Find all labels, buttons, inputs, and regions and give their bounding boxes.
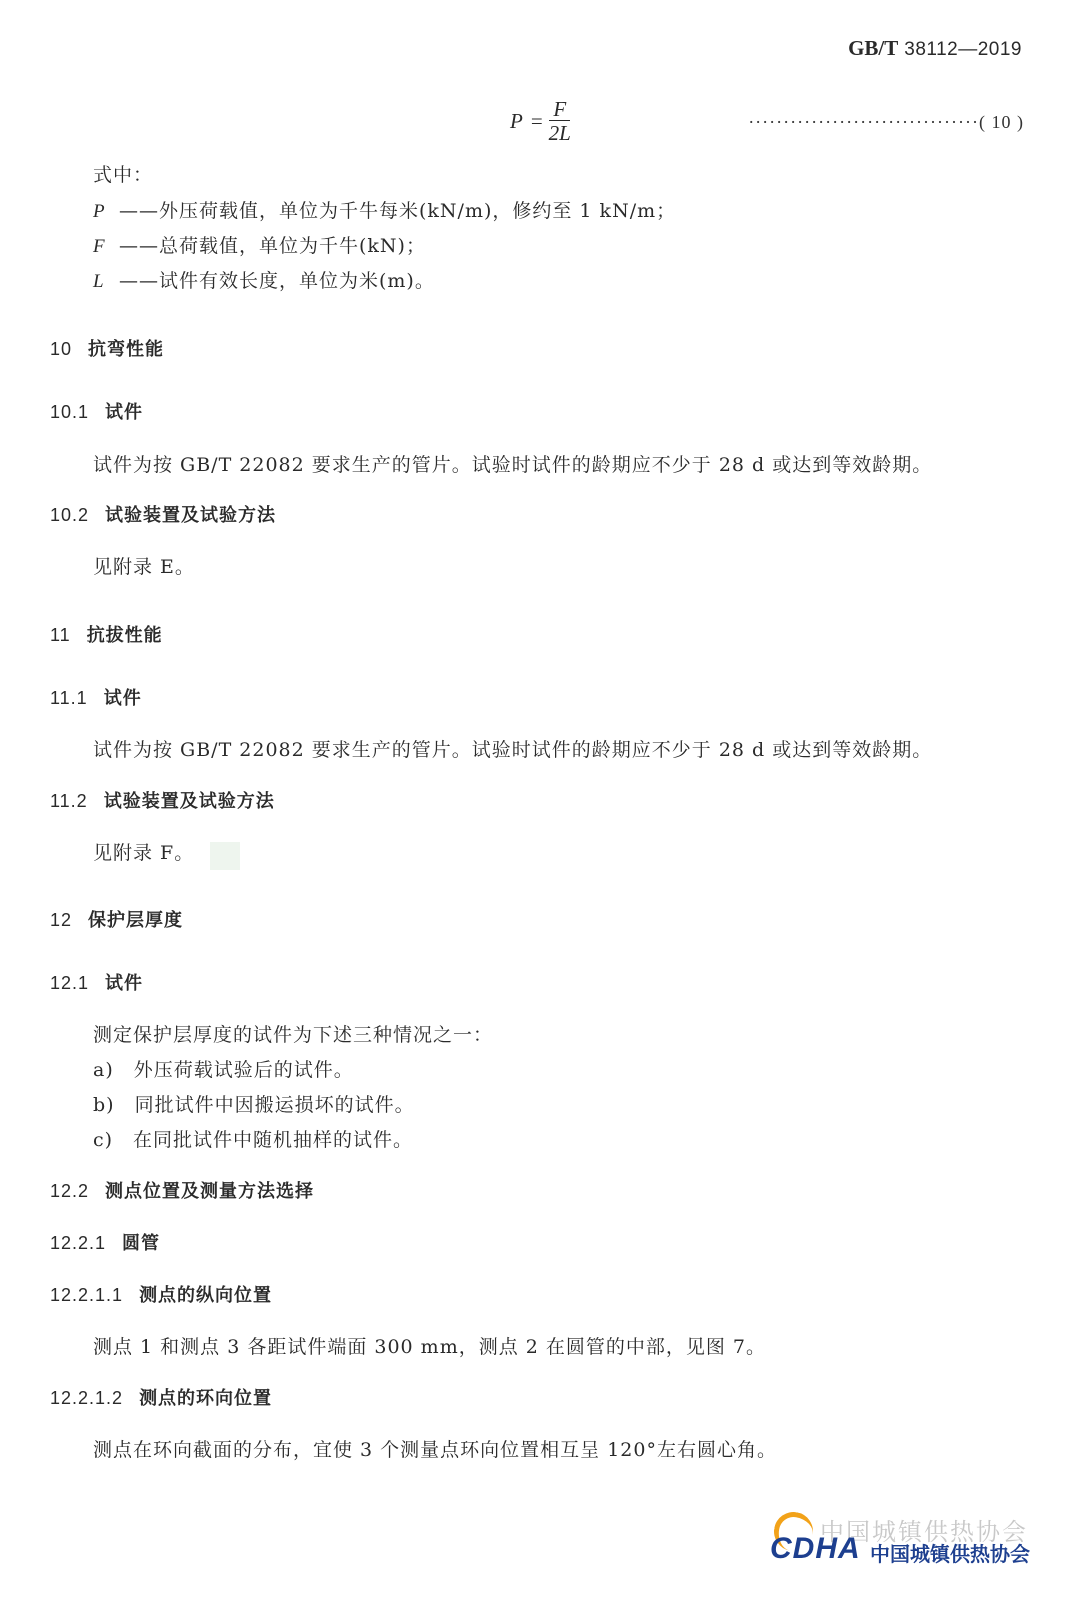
heading-number: 12 (50, 910, 72, 930)
formula-denominator: 2L (549, 121, 571, 145)
list-item-b: b) 同批试件中因搬运损坏的试件。 (93, 1090, 415, 1117)
heading-title: 试件 (105, 973, 143, 994)
heading-number: 12.2 (50, 1181, 89, 1201)
where-text-l: ——试件有效长度，单位为米(m)。 (119, 270, 435, 292)
where-text-p: ——外压荷载值，单位为千牛每米(kN/m)，修约至 1 kN/m； (119, 200, 676, 222)
org-name: 中国城镇供热协会 (870, 1538, 1030, 1567)
heading-11-2: 11.2试验装置及试验方法 (50, 787, 275, 813)
paragraph-11-2: 见附录 F。 (93, 838, 194, 865)
heading-number: 11 (50, 625, 71, 645)
symbol-f: F (93, 236, 119, 258)
where-label: 式中： (93, 160, 153, 187)
logo-text: CDHA (770, 1532, 861, 1566)
heading-12: 12保护层厚度 (50, 906, 183, 932)
heading-number: 10 (50, 339, 72, 359)
heading-10: 10抗弯性能 (50, 335, 164, 361)
heading-number: 12.2.1.1 (50, 1285, 123, 1305)
where-item-p: P——外压荷载值，单位为千牛每米(kN/m)，修约至 1 kN/m； (93, 196, 676, 223)
heading-11: 11抗拔性能 (50, 621, 163, 647)
formula-10: P = F 2L (510, 98, 571, 145)
paragraph-10-1: 试件为按 GB/T 22082 要求生产的管片。试验时试件的龄期应不少于 28 … (93, 450, 932, 477)
formula-fraction: F 2L (549, 98, 571, 145)
where-text-f: ——总荷载值，单位为千牛(kN)； (119, 235, 426, 257)
heading-title: 试件 (104, 688, 142, 709)
heading-title: 试件 (105, 402, 143, 423)
heading-10-2: 10.2试验装置及试验方法 (50, 501, 276, 527)
symbol-p: P (93, 201, 119, 223)
heading-number: 12.2.1 (50, 1233, 106, 1253)
heading-11-1: 11.1试件 (50, 684, 142, 710)
standard-prefix: GB/T (848, 36, 898, 60)
heading-number: 10.2 (50, 505, 89, 525)
heading-title: 测点位置及测量方法选择 (105, 1181, 314, 1202)
where-item-f: F——总荷载值，单位为千牛(kN)； (93, 231, 426, 258)
heading-12-1: 12.1试件 (50, 969, 143, 995)
paragraph-11-1: 试件为按 GB/T 22082 要求生产的管片。试验时试件的龄期应不少于 28 … (93, 735, 932, 762)
leader-dots: ································· (748, 112, 979, 132)
heading-12-2-1: 12.2.1圆管 (50, 1229, 160, 1255)
formula-numerator: F (549, 98, 570, 121)
equation-number: ·································( 10 ) (748, 112, 1024, 133)
heading-number: 11.2 (50, 791, 88, 811)
heading-title: 测点的纵向位置 (139, 1285, 272, 1306)
paragraph-12-1: 测定保护层厚度的试件为下述三种情况之一： (93, 1020, 493, 1047)
heading-title: 测点的环向位置 (139, 1388, 272, 1409)
paragraph-12-2-1-1: 测点 1 和测点 3 各距试件端面 300 mm，测点 2 在圆管的中部，见图 … (93, 1332, 766, 1359)
heading-10-1: 10.1试件 (50, 398, 143, 424)
heading-title: 抗弯性能 (88, 339, 164, 360)
where-item-l: L——试件有效长度，单位为米(m)。 (93, 266, 435, 293)
heading-12-2: 12.2测点位置及测量方法选择 (50, 1177, 314, 1203)
symbol-l: L (93, 271, 119, 293)
heading-title: 圆管 (122, 1233, 160, 1254)
heading-title: 保护层厚度 (88, 910, 183, 931)
heading-title: 试验装置及试验方法 (104, 791, 275, 812)
paragraph-12-2-1-2: 测点在环向截面的分布，宜使 3 个测量点环向位置相互呈 120°左右圆心角。 (93, 1435, 777, 1462)
standard-number: 38112—2019 (904, 39, 1022, 60)
heading-title: 抗拔性能 (87, 625, 163, 646)
heading-12-2-1-2: 12.2.1.2测点的环向位置 (50, 1384, 272, 1410)
formula-equals: = (531, 109, 543, 134)
heading-number: 12.1 (50, 973, 89, 993)
heading-number: 11.1 (50, 688, 88, 708)
equation-label: ( 10 ) (979, 112, 1024, 132)
formula-lhs: P (510, 109, 523, 134)
heading-number: 10.1 (50, 402, 89, 422)
list-item-c: c) 在同批试件中随机抽样的试件。 (93, 1125, 413, 1152)
heading-title: 试验装置及试验方法 (105, 505, 276, 526)
watermark-logo: 中国城镇供热协会 CDHA 中国城镇供热协会 (770, 1508, 1060, 1578)
list-item-a: a) 外压荷载试验后的试件。 (93, 1055, 354, 1082)
paragraph-10-2: 见附录 E。 (93, 552, 195, 579)
standard-code: GB/T 38112—2019 (848, 36, 1022, 61)
heading-number: 12.2.1.2 (50, 1388, 123, 1408)
scan-artifact (210, 842, 240, 870)
heading-12-2-1-1: 12.2.1.1测点的纵向位置 (50, 1281, 272, 1307)
